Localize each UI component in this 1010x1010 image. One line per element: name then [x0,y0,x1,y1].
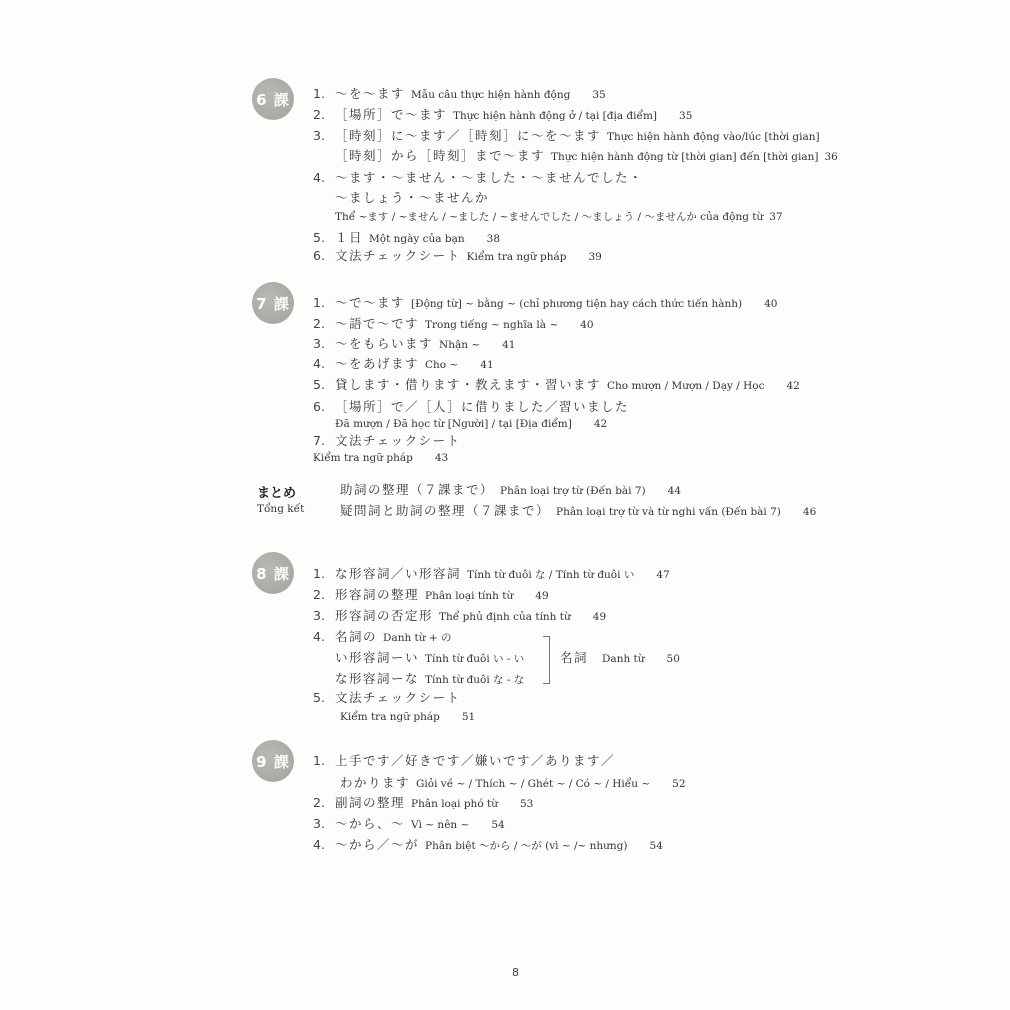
page-number: 8 [512,966,519,979]
item-jp: 上手です／好きです／嫌いです／あります／ [335,753,615,768]
item-page: 42 [594,418,607,430]
item-vn: Thể phủ định của tính từ [439,611,571,623]
item-page: 43 [435,452,448,464]
item-page: 39 [588,251,601,263]
toc-entry[interactable]: 2.形容詞の整理Phân loại tính từ49 [313,587,549,604]
item-jp: 疑問詞と助詞の整理（７課まで） [340,503,550,518]
item-jp: 助詞の整理（７課まで） [340,482,494,497]
item-vn: Phân loại trợ từ và từ nghi vấn (Đến bài… [556,506,781,518]
item-jp: 〜で〜ます [335,295,405,310]
item-number: 3. [313,128,335,144]
item-page: 47 [656,569,669,581]
item-vn: Kiểm tra ngữ pháp [467,251,567,263]
item-vn: Phân biệt 〜から / 〜が (vì ~ /~ nhưng) [425,840,628,852]
item-page: 44 [668,485,681,497]
item-page: 41 [480,359,493,371]
toc-entry[interactable]: 4.〜から／〜がPhân biệt 〜から / 〜が (vì ~ /~ nhưn… [313,837,663,854]
item-vn: Thực hiện hành động vào/lúc [thời gian] [607,131,820,143]
item-number: 6. [313,399,335,415]
bracket-divider [543,636,550,684]
item-jp: 文法チェックシート [335,690,461,705]
toc-entry-cont[interactable]: い形容詞ーいTính từ đuôi い - い [335,650,524,667]
item-vn: Thực hiện hành động ở / tại [địa điểm] [453,110,657,122]
toc-entry[interactable]: 1.な形容詞／い形容詞Tính từ đuôi な / Tính từ đuôi… [313,566,670,583]
item-number: 1. [313,295,335,311]
item-vn: Thực hiện hành động từ [thời gian] đến [… [551,151,818,163]
toc-entry[interactable]: 2.［場所］で〜ますThực hiện hành động ở / tại [đ… [313,107,692,124]
item-jp: 名詞 [560,650,588,665]
item-vn: Danh từ + の [383,632,452,644]
item-jp: 副詞の整理 [335,795,405,810]
toc-entry[interactable]: 4.名詞のDanh từ + の [313,629,452,646]
toc-entry[interactable]: 5.貸します・借ります・教えます・習いますCho mượn / Mượn / D… [313,377,800,394]
toc-entry[interactable]: 3.形容詞の否定形Thể phủ định của tính từ49 [313,608,606,625]
item-vn: Phân loại tính từ [425,590,513,602]
item-vn: Vì ~ nên ~ [411,819,469,831]
item-jp: 〜をあげます [335,356,419,371]
toc-entry[interactable]: 4.〜をあげますCho ~41 [313,356,494,373]
item-page: 38 [487,233,500,245]
item-number: 4. [313,837,335,853]
toc-entry-cont[interactable]: な形容詞ーなTính từ đuôi な - な [335,671,524,688]
item-vn: Một ngày của bạn [369,233,465,245]
item-number: 5. [313,230,335,246]
item-number: 2. [313,107,335,123]
lesson-badge-8: 8 課 [252,552,294,594]
item-number: 1. [313,566,335,582]
item-number: 4. [313,356,335,372]
lesson-badge-7: 7 課 [252,282,294,324]
item-page: 52 [672,778,685,790]
toc-entry-cont[interactable]: Kiểm tra ngữ pháp51 [340,709,475,725]
toc-entry-cont[interactable]: Kiểm tra ngữ pháp43 [313,450,448,466]
item-number: 2. [313,316,335,332]
item-vn: Đã mượn / Đã học từ [Người] / tại [Địa đ… [335,418,572,430]
item-vn: Mẫu câu thực hiện hành động [411,89,570,101]
item-jp: い形容詞ーい [335,650,419,665]
item-jp: 〜ます・〜ません・〜ました・〜ませんでした・ [335,170,643,185]
item-number: 5. [313,690,335,706]
item-jp: ［場所］で／［人］に借りました／習いました [335,399,629,414]
toc-page: 6 課 1.〜を〜ますMẫu câu thực hiện hành động35… [0,0,1010,1010]
item-jp: ［時刻］から［時刻］まで〜ます [335,148,545,163]
item-jp: １日 [335,230,363,245]
toc-entry-cont[interactable]: わかりますGiỏi về ~ / Thích ~ / Ghét ~ / Có ~… [340,775,686,792]
item-jp: 名詞の [335,629,377,644]
item-page: 40 [764,298,777,310]
item-number: 1. [313,753,335,769]
toc-entry[interactable]: 5.文法チェックシート [313,690,461,707]
item-number: 5. [313,377,335,393]
item-vn: Giỏi về ~ / Thích ~ / Ghét ~ / Có ~ / Hi… [416,778,650,790]
item-page: 40 [580,319,593,331]
item-number: 4. [313,629,335,645]
item-number: 2. [313,587,335,603]
item-jp: 形容詞の否定形 [335,608,433,623]
item-vn: Tính từ đuôi い - い [425,653,524,665]
item-number: 2. [313,795,335,811]
item-jp: 〜語で〜です [335,316,419,331]
toc-entry[interactable]: 7.文法チェックシート [313,433,461,450]
item-vn: Cho mượn / Mượn / Dạy / Học [607,380,764,392]
item-jp: ［場所］で〜ます [335,107,447,122]
item-page: 41 [502,339,515,351]
summary-label-vn: Tổng kết [257,503,304,515]
summary-entry[interactable]: 助詞の整理（７課まで）Phân loại trợ từ (Đến bài 7)4… [340,482,681,499]
toc-entry[interactable]: 6.文法チェックシートKiểm tra ngữ pháp39 [313,248,602,265]
item-vn: Thể ~ます / ~ません / ~ました / ~ませんでした / 〜ましょう … [335,211,763,223]
item-page: 46 [803,506,816,518]
item-vn: Nhận ~ [439,339,480,351]
toc-entry[interactable]: 2.副詞の整理Phân loại phó từ53 [313,795,533,812]
item-page: 54 [650,840,663,852]
item-vn: Trong tiếng ~ nghĩa là ~ [425,319,558,331]
item-page: 54 [491,819,504,831]
item-vn: Cho ~ [425,359,458,371]
toc-entry[interactable]: 1.〜を〜ますMẫu câu thực hiện hành động35 [313,86,606,103]
toc-entry[interactable]: 5.１日Một ngày của bạn38 [313,230,500,247]
toc-entry[interactable]: 3.［時刻］に〜ます／［時刻］に〜を〜ますThực hiện hành động… [313,128,820,145]
item-jp: 文法チェックシート [335,433,461,448]
item-jp: 〜から、〜 [335,816,405,831]
toc-entry-cont[interactable]: Thể ~ます / ~ません / ~ました / ~ませんでした / 〜ましょう … [335,209,783,225]
item-page: 36 [824,151,837,163]
item-page: 37 [769,211,782,223]
item-vn: Phân loại trợ từ (Đến bài 7) [500,485,646,497]
item-jp: 〜をもらいます [335,336,433,351]
summary-entry[interactable]: 疑問詞と助詞の整理（７課まで）Phân loại trợ từ và từ ng… [340,503,816,520]
toc-entry[interactable]: 3.〜から、〜Vì ~ nên ~54 [313,816,505,833]
item-jp: 〜から／〜が [335,837,419,852]
item-page: 49 [535,590,548,602]
toc-entry-cont[interactable]: 〜ましょう・〜ませんか [335,190,489,207]
item-vn: Kiểm tra ngữ pháp [313,452,413,464]
toc-entry[interactable]: 3.〜をもらいますNhận ~41 [313,336,516,353]
item-page: 49 [593,611,606,623]
item-number: 3. [313,816,335,832]
toc-entry[interactable]: 6.［場所］で／［人］に借りました／習いました [313,399,629,416]
item-jp: 文法チェックシート [335,248,461,263]
toc-entry[interactable]: 2.〜語で〜ですTrong tiếng ~ nghĩa là ~40 [313,316,594,333]
item-page: 35 [592,89,605,101]
item-number: 3. [313,336,335,352]
item-vn: Kiểm tra ngữ pháp [340,711,440,723]
item-page: 50 [667,653,680,665]
lesson-badge-6: 6 課 [252,78,294,120]
item-jp: わかります [340,775,410,790]
item-page: 53 [520,798,533,810]
item-vn: Danh từ [602,653,645,665]
item-number: 3. [313,608,335,624]
toc-entry[interactable]: 1.上手です／好きです／嫌いです／あります／ [313,753,615,770]
item-jp: 〜ましょう・〜ませんか [335,190,489,205]
toc-entry[interactable]: 1.〜で〜ます[Động từ] ~ bằng ~ (chỉ phương ti… [313,295,777,312]
bracket-entry[interactable]: 名詞Danh từ50 [560,650,680,667]
item-jp: 〜を〜ます [335,86,405,101]
toc-entry-cont[interactable]: ［時刻］から［時刻］まで〜ますThực hiện hành động từ [t… [335,148,838,165]
item-vn: Phân loại phó từ [411,798,498,810]
item-page: 35 [679,110,692,122]
summary-label-jp: まとめ [257,482,296,501]
item-jp: な形容詞／い形容詞 [335,566,461,581]
item-jp: 貸します・借ります・教えます・習います [335,377,601,392]
item-jp: 形容詞の整理 [335,587,419,602]
lesson-badge-9: 9 課 [252,740,294,782]
item-page: 42 [786,380,799,392]
item-number: 6. [313,248,335,264]
item-vn: Tính từ đuôi な / Tính từ đuôi い [467,569,634,581]
toc-entry[interactable]: 4.〜ます・〜ません・〜ました・〜ませんでした・ [313,170,643,187]
toc-entry-cont[interactable]: Đã mượn / Đã học từ [Người] / tại [Địa đ… [335,416,607,432]
item-vn: [Động từ] ~ bằng ~ (chỉ phương tiện hay … [411,298,742,310]
item-jp: な形容詞ーな [335,671,419,686]
item-vn: Tính từ đuôi な - な [425,674,524,686]
item-jp: ［時刻］に〜ます／［時刻］に〜を〜ます [335,128,601,143]
item-number: 1. [313,86,335,102]
item-page: 51 [462,711,475,723]
item-number: 4. [313,170,335,186]
item-number: 7. [313,433,335,449]
